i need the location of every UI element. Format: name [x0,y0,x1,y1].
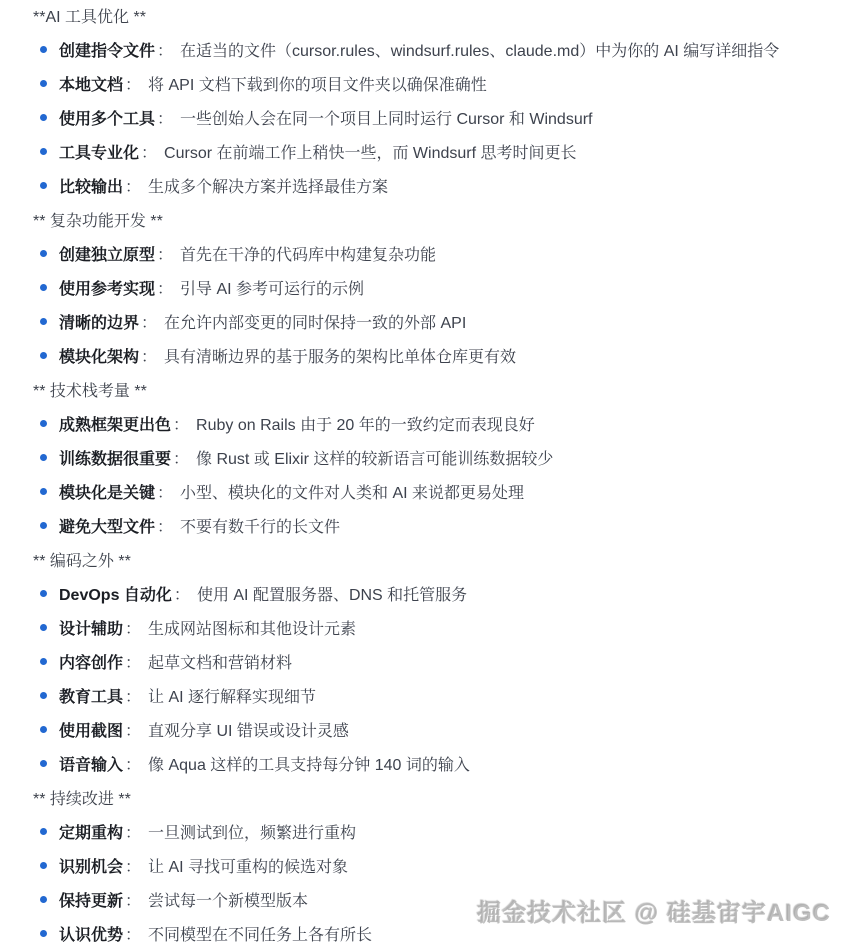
item-colon: ： [125,752,141,775]
item-colon: ： [141,344,157,367]
item-label: 认识优势 [59,922,123,945]
list-item: 使用参考实现 ： 引导 AI 参考可运行的示例 [33,270,853,304]
item-colon: ： [125,922,141,945]
bullet-icon [40,760,47,767]
item-colon: ： [125,820,141,843]
item-label: 识别机会 [59,854,123,877]
item-label: 创建指令文件 [59,38,155,61]
item-colon: ： [174,582,190,605]
list-item: 创建指令文件 ： 在适当的文件（cursor.rules、windsurf.ru… [33,32,853,66]
list-item: 清晰的边界 ： 在允许内部变更的同时保持一致的外部 API [33,304,853,338]
item-label: 使用多个工具 [59,106,155,129]
item-colon: ： [125,650,141,673]
bullet-icon [40,114,47,121]
list-item: 语音输入 ： 像 Aqua 这样的工具支持每分钟 140 词的输入 [33,746,853,780]
item-desc: 具有清晰边界的基于服务的架构比单体仓库更有效 [164,344,516,367]
section-heading: **AI 工具优化 ** [33,0,853,32]
item-colon: ： [125,718,141,741]
bullet-icon [40,624,47,631]
list-item: 本地文档 ： 将 API 文档下载到你的项目文件夹以确保准确性 [33,66,853,100]
item-desc: 在允许内部变更的同时保持一致的外部 API [164,310,466,333]
list-item: 比较输出 ： 生成多个解决方案并选择最佳方案 [33,168,853,202]
item-desc: Cursor 在前端工作上稍快一些，而 Windsurf 思考时间更长 [164,140,576,163]
markdown-document: **AI 工具优化 ** 创建指令文件 ： 在适当的文件（cursor.rule… [0,0,853,946]
item-label: 模块化是关键 [59,480,155,503]
bullet-icon [40,454,47,461]
bullet-icon [40,318,47,325]
item-colon: ： [125,684,141,707]
bullet-icon [40,658,47,665]
item-desc: 生成网站图标和其他设计元素 [148,616,356,639]
item-label: 语音输入 [59,752,123,775]
item-desc: 起草文档和营销材料 [148,650,292,673]
item-desc: 让 AI 寻找可重构的候选对象 [148,854,348,877]
list-item: 使用截图 ： 直观分享 UI 错误或设计灵感 [33,712,853,746]
item-desc: 不同模型在不同任务上各有所长 [148,922,372,945]
item-colon: ： [141,140,157,163]
list-item: 模块化架构 ： 具有清晰边界的基于服务的架构比单体仓库更有效 [33,338,853,372]
item-colon: ： [173,446,189,469]
item-label: 比较输出 [59,174,123,197]
item-desc: 引导 AI 参考可运行的示例 [180,276,364,299]
item-colon: ： [157,480,173,503]
list-item: 识别机会 ： 让 AI 寻找可重构的候选对象 [33,848,853,882]
item-label: DevOps 自动化 [59,582,172,605]
item-label: 设计辅助 [59,616,123,639]
bullet-icon [40,590,47,597]
item-colon: ： [125,854,141,877]
list-item: 成熟框架更出色 ： Ruby on Rails 由于 20 年的一致约定而表现良… [33,406,853,440]
item-label: 工具专业化 [59,140,139,163]
item-colon: ： [141,310,157,333]
item-label: 避免大型文件 [59,514,155,537]
item-desc: 不要有数千行的长文件 [180,514,340,537]
item-desc: 尝试每一个新模型版本 [148,888,308,911]
list-item: 设计辅助 ： 生成网站图标和其他设计元素 [33,610,853,644]
bullet-icon [40,182,47,189]
item-colon: ： [157,514,173,537]
item-desc: 一旦测试到位，频繁进行重构 [148,820,356,843]
item-colon: ： [125,888,141,911]
bullet-icon [40,896,47,903]
item-label: 使用截图 [59,718,123,741]
bullet-icon [40,862,47,869]
item-desc: 一些创始人会在同一个项目上同时运行 Cursor 和 Windsurf [180,106,592,129]
item-desc: 在适当的文件（cursor.rules、windsurf.rules、claud… [180,38,779,61]
bullet-icon [40,726,47,733]
item-desc: 首先在干净的代码库中构建复杂功能 [180,242,436,265]
bullet-icon [40,692,47,699]
list-item: 模块化是关键 ： 小型、模块化的文件对人类和 AI 来说都更易处理 [33,474,853,508]
list-item: 使用多个工具 ： 一些创始人会在同一个项目上同时运行 Cursor 和 Wind… [33,100,853,134]
bullet-icon [40,250,47,257]
list-item: 认识优势 ： 不同模型在不同任务上各有所长 [33,916,853,946]
item-label: 清晰的边界 [59,310,139,333]
bullet-icon [40,930,47,937]
item-desc: 像 Rust 或 Elixir 这样的较新语言可能训练数据较少 [196,446,553,469]
item-label: 模块化架构 [59,344,139,367]
item-label: 内容创作 [59,650,123,673]
bullet-icon [40,828,47,835]
list-item: 创建独立原型 ： 首先在干净的代码库中构建复杂功能 [33,236,853,270]
item-desc: 将 API 文档下载到你的项目文件夹以确保准确性 [148,72,487,95]
item-label: 教育工具 [59,684,123,707]
section-heading: ** 编码之外 ** [33,542,853,576]
item-desc: 使用 AI 配置服务器、DNS 和托管服务 [197,582,467,605]
bullet-icon [40,352,47,359]
section-heading: ** 持续改进 ** [33,780,853,814]
bullet-icon [40,80,47,87]
list-item: 避免大型文件 ： 不要有数千行的长文件 [33,508,853,542]
list-item: DevOps 自动化 ： 使用 AI 配置服务器、DNS 和托管服务 [33,576,853,610]
item-desc: 像 Aqua 这样的工具支持每分钟 140 词的输入 [148,752,470,775]
bullet-icon [40,420,47,427]
item-label: 使用参考实现 [59,276,155,299]
item-colon: ： [125,72,141,95]
item-label: 保持更新 [59,888,123,911]
item-colon: ： [157,242,173,265]
bullet-icon [40,488,47,495]
item-desc: 直观分享 UI 错误或设计灵感 [148,718,349,741]
list-item: 教育工具 ： 让 AI 逐行解释实现细节 [33,678,853,712]
item-colon: ： [173,412,189,435]
section-heading: ** 复杂功能开发 ** [33,202,853,236]
item-colon: ： [157,38,173,61]
item-desc: 生成多个解决方案并选择最佳方案 [148,174,388,197]
list-item: 定期重构 ： 一旦测试到位，频繁进行重构 [33,814,853,848]
item-label: 本地文档 [59,72,123,95]
item-colon: ： [125,616,141,639]
bullet-icon [40,148,47,155]
item-label: 创建独立原型 [59,242,155,265]
item-desc: 小型、模块化的文件对人类和 AI 来说都更易处理 [180,480,524,503]
section-heading: ** 技术栈考量 ** [33,372,853,406]
list-item: 内容创作 ： 起草文档和营销材料 [33,644,853,678]
item-label: 训练数据很重要 [59,446,171,469]
list-item: 工具专业化 ： Cursor 在前端工作上稍快一些，而 Windsurf 思考时… [33,134,853,168]
item-label: 成熟框架更出色 [59,412,171,435]
bullet-icon [40,522,47,529]
item-label: 定期重构 [59,820,123,843]
bullet-icon [40,284,47,291]
bullet-icon [40,46,47,53]
item-colon: ： [157,276,173,299]
item-desc: Ruby on Rails 由于 20 年的一致约定而表现良好 [196,412,535,435]
item-colon: ： [157,106,173,129]
list-item: 保持更新 ： 尝试每一个新模型版本 [33,882,853,916]
list-item: 训练数据很重要 ： 像 Rust 或 Elixir 这样的较新语言可能训练数据较… [33,440,853,474]
item-desc: 让 AI 逐行解释实现细节 [148,684,316,707]
item-colon: ： [125,174,141,197]
